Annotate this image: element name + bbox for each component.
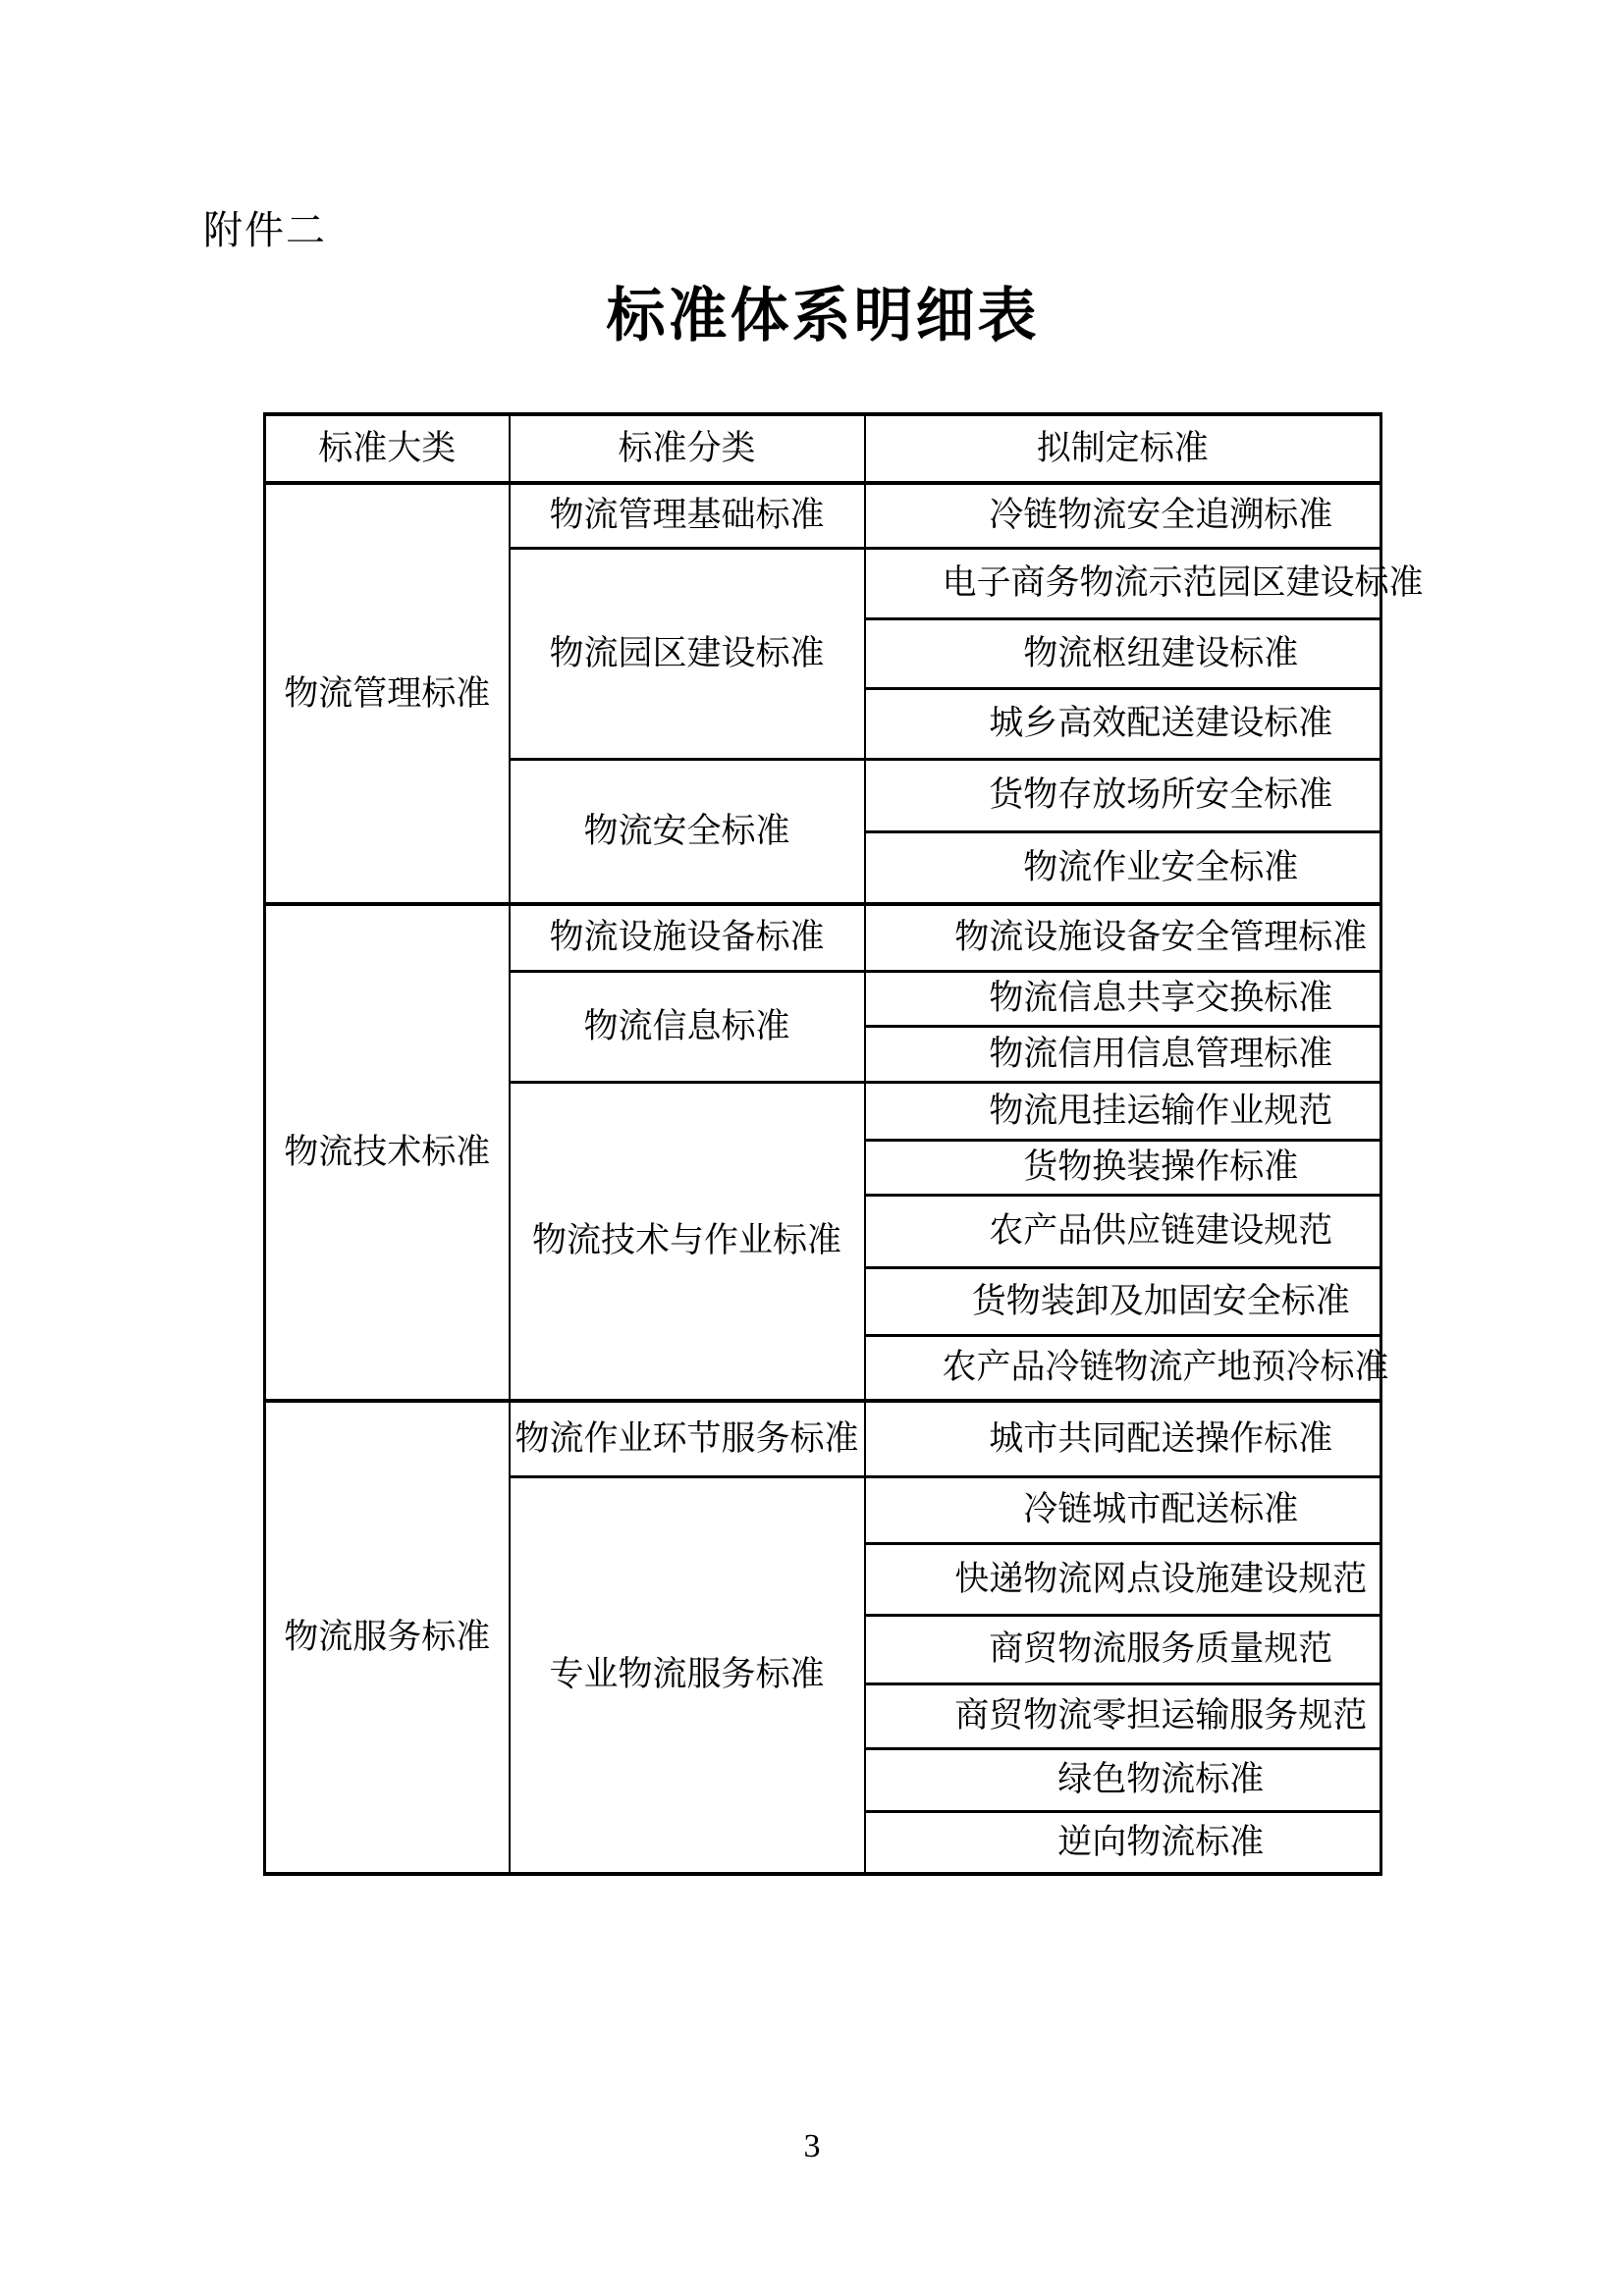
standard-cell: 货物换装操作标准 — [865, 1140, 1381, 1195]
standard-cell: 城市共同配送操作标准 — [865, 1401, 1381, 1476]
table-header-row: 标准大类 标准分类 拟制定标准 — [265, 414, 1381, 483]
table-row: 物流技术标准物流设施设备标准物流设施设备安全管理标准 — [265, 904, 1381, 971]
classification-cell: 物流技术与作业标准 — [510, 1082, 865, 1401]
standard-cell: 物流作业安全标准 — [865, 831, 1381, 904]
classification-cell: 物流作业环节服务标准 — [510, 1401, 865, 1476]
header-cell-classification: 标准分类 — [510, 414, 865, 483]
classification-cell: 物流安全标准 — [510, 759, 865, 904]
standard-cell: 农产品供应链建设规范 — [865, 1195, 1381, 1267]
standard-cell: 商贸物流服务质量规范 — [865, 1615, 1381, 1683]
classification-cell: 物流设施设备标准 — [510, 904, 865, 971]
document-page: 附件二 标准体系明细表 标准大类 标准分类 拟制定标准 物流管理标准物流管理基础… — [0, 0, 1624, 2296]
attachment-label: 附件二 — [203, 209, 327, 252]
standard-cell: 快递物流网点设施建设规范 — [865, 1543, 1381, 1615]
standard-cell: 城乡高效配送建设标准 — [865, 688, 1381, 759]
standard-cell: 物流枢纽建设标准 — [865, 618, 1381, 688]
table-row: 物流服务标准物流作业环节服务标准城市共同配送操作标准 — [265, 1401, 1381, 1476]
standard-cell: 冷链城市配送标准 — [865, 1476, 1381, 1543]
standards-table: 标准大类 标准分类 拟制定标准 物流管理标准物流管理基础标准冷链物流安全追溯标准… — [263, 412, 1382, 1876]
classification-cell: 物流管理基础标准 — [510, 483, 865, 548]
category-cell: 物流技术标准 — [265, 904, 510, 1401]
standard-cell: 冷链物流安全追溯标准 — [865, 483, 1381, 548]
header-cell-category: 标准大类 — [265, 414, 510, 483]
table-row: 物流管理标准物流管理基础标准冷链物流安全追溯标准 — [265, 483, 1381, 548]
standard-cell: 绿色物流标准 — [865, 1748, 1381, 1811]
standard-cell: 物流信用信息管理标准 — [865, 1026, 1381, 1082]
standard-cell: 电子商务物流示范园区建设标准 — [865, 548, 1381, 618]
classification-cell: 专业物流服务标准 — [510, 1476, 865, 1874]
header-cell-planned-standard: 拟制定标准 — [865, 414, 1381, 483]
standard-cell: 农产品冷链物流产地预冷标准 — [865, 1335, 1381, 1401]
page-number: 3 — [0, 2128, 1624, 2165]
standard-cell: 物流甩挂运输作业规范 — [865, 1082, 1381, 1140]
classification-cell: 物流信息标准 — [510, 971, 865, 1082]
category-cell: 物流服务标准 — [265, 1401, 510, 1874]
standard-cell: 物流设施设备安全管理标准 — [865, 904, 1381, 971]
standard-cell: 商贸物流零担运输服务规范 — [865, 1683, 1381, 1748]
standard-cell: 货物装卸及加固安全标准 — [865, 1267, 1381, 1335]
classification-cell: 物流园区建设标准 — [510, 548, 865, 759]
standard-cell: 物流信息共享交换标准 — [865, 971, 1381, 1026]
page-title: 标准体系明细表 — [263, 286, 1382, 347]
standard-cell: 逆向物流标准 — [865, 1811, 1381, 1874]
table-body: 物流管理标准物流管理基础标准冷链物流安全追溯标准物流园区建设标准电子商务物流示范… — [265, 483, 1381, 1874]
standard-cell: 货物存放场所安全标准 — [865, 759, 1381, 831]
category-cell: 物流管理标准 — [265, 483, 510, 904]
